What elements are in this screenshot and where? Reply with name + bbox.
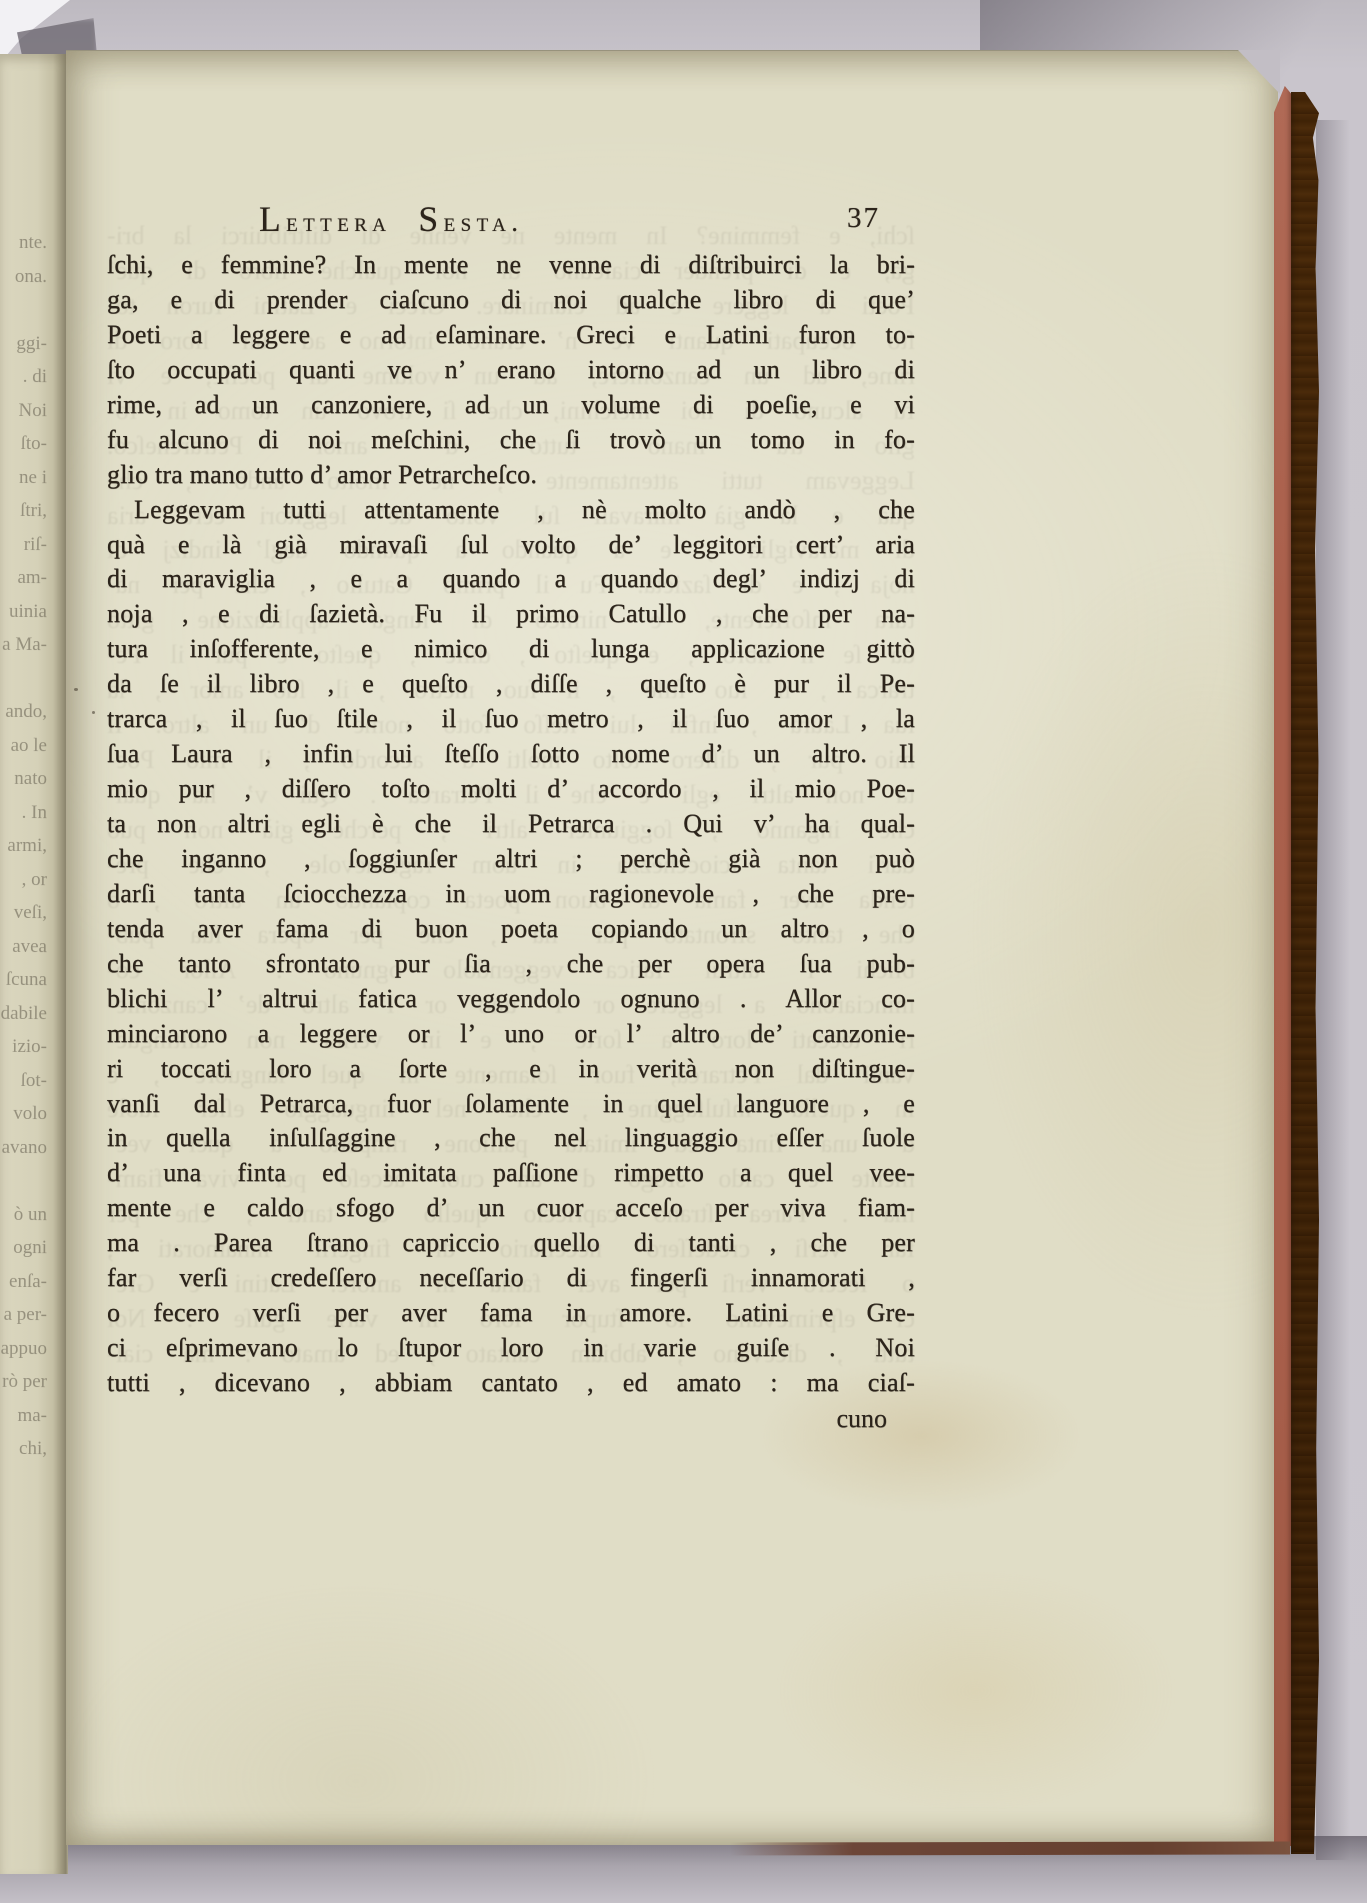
gutter-fragment-text: armi, — [0, 829, 52, 863]
gutter-fragment-text: enſa- — [0, 1264, 52, 1298]
gutter-fragment-text: veſi, — [0, 896, 52, 930]
gutter-fragment-text: ne i — [0, 460, 52, 494]
text-line: noja , e di ſazietà. Fu il primo Catullo… — [107, 597, 915, 632]
text-line: ri toccati loro a ſorte , e in verità no… — [107, 1052, 915, 1087]
gutter-fragment-text: avea — [0, 929, 52, 963]
gutter-fragment-text: appuo — [0, 1331, 52, 1365]
text-block: Lettera Sesta. 37 ſchi, e femmine? In me… — [107, 196, 915, 1436]
gutter-fragment-text: chi, — [0, 1432, 52, 1466]
text-line: che inganno , ſoggiunſer altri ; perchè … — [107, 842, 915, 877]
gutter-fragment-text: Noi — [0, 393, 52, 427]
text-line: d’ una finta ed imitata paſſione rimpett… — [107, 1156, 915, 1191]
book-right-shadow — [1316, 120, 1350, 1860]
bottom-page-edges — [730, 1842, 1290, 1856]
gutter-fragment-text: ò un — [0, 1197, 52, 1231]
gutter-fragment-text: izio- — [0, 1030, 52, 1064]
gutter-fragments: nte.ona.ggi-. diNoiſto-ne iſtri,riſ-am-u… — [0, 226, 52, 1466]
text-line: minciarono a leggere or l’ uno or l’ alt… — [107, 1017, 915, 1052]
text-line: mente e caldo sfogo d’ un cuor acceſo pe… — [107, 1191, 915, 1226]
gutter-fragment-text: uinia — [0, 594, 52, 628]
text-line: fu alcuno di noi meſchini, che ſi trovò … — [107, 423, 915, 458]
gutter-fragment-text: a per- — [0, 1298, 52, 1332]
text-line: far verſi credeſſero neceſſario di finge… — [107, 1261, 915, 1296]
text-line: ma . Parea ſtrano capriccio quello di ta… — [107, 1226, 915, 1261]
ink-speck — [74, 688, 78, 691]
gutter-fragment-text: ona. — [0, 259, 52, 293]
gutter-fragment-text: , or — [0, 862, 52, 896]
gutter-fragment-text: riſ- — [0, 527, 52, 561]
text-line: ci eſprimevano lo ſtupor loro in varie g… — [107, 1331, 915, 1366]
text-line: Poeti a leggere e ad eſaminare. Greci e … — [107, 318, 915, 353]
text-line: ſto occupati quanti ve n’ erano intorno … — [107, 353, 915, 388]
body-text: ſchi, e femmine? In mente ne venne di di… — [107, 248, 915, 1401]
text-line: da ſe il libro , e queſto , diſſe , queſ… — [107, 667, 915, 702]
header-word-lettera: Lettera — [259, 198, 391, 240]
text-line: o fecero verſi per aver fama in amore. L… — [107, 1296, 915, 1331]
gutter-fragment-text: . di — [0, 360, 52, 394]
fore-edge-red — [1274, 86, 1292, 1846]
gutter-fragment-text: am- — [0, 561, 52, 595]
text-line: di maraviglia , e a quando a quando degl… — [107, 562, 915, 597]
text-line: tenda aver fama di buon poeta copiando u… — [107, 912, 915, 947]
gutter-fragment-text: ao le — [0, 728, 52, 762]
catchword-row: cuno — [107, 1401, 915, 1436]
gutter-fragment-text — [0, 661, 52, 695]
gutter-fragment-text: ggi- — [0, 326, 52, 360]
gutter-fragment-text: . In — [0, 795, 52, 829]
gutter-fragment-text: avano — [0, 1130, 52, 1164]
gutter-fragment-text: ſtri, — [0, 494, 52, 528]
gutter-fragment-text: ſto- — [0, 427, 52, 461]
gutter-fragment-text — [0, 1164, 52, 1198]
text-line: blichi l’ altrui fatica veggendolo ognun… — [107, 982, 915, 1017]
book-cover-edge — [1291, 92, 1319, 1854]
book-page: ſchi, e femmine? In mente ne venne di di… — [66, 50, 1278, 1845]
gutter-fragment-text: ſot- — [0, 1063, 52, 1097]
gutter-fragment-text: ando, — [0, 695, 52, 729]
text-line: Leggevam tutti attentamente , nè molto a… — [107, 493, 915, 528]
text-line: che tanto sfrontato pur ſia , che per op… — [107, 947, 915, 982]
gutter-fragment-text: rò per — [0, 1365, 52, 1399]
text-line: in quella inſulſaggine , che nel linguag… — [107, 1121, 915, 1156]
running-header: Lettera Sesta. 37 — [107, 196, 915, 248]
text-line: ſchi, e femmine? In mente ne venne di di… — [107, 248, 915, 283]
catchword: cuno — [836, 1404, 887, 1433]
book-scan-photo: nte.ona.ggi-. diNoiſto-ne iſtri,riſ-am-u… — [0, 0, 1367, 1903]
ink-speck — [92, 711, 95, 714]
text-line: darſi tanta ſciocchezza in uom ragionevo… — [107, 877, 915, 912]
gutter-previous-page-edge: nte.ona.ggi-. diNoiſto-ne iſtri,riſ-am-u… — [0, 54, 68, 1874]
text-line: trarca , il ſuo ſtile , il ſuo metro , i… — [107, 702, 915, 737]
gutter-fragment-text: volo — [0, 1097, 52, 1131]
header-word-sesta: Sesta. — [418, 198, 523, 240]
text-line: tutti , dicevano , abbiam cantato , ed a… — [107, 1366, 915, 1401]
gutter-fragment-text: ogni — [0, 1231, 52, 1265]
text-line: mio pur , diſſero toſto molti d’ accordo… — [107, 772, 915, 807]
gutter-fragment-text: dabile — [0, 996, 52, 1030]
text-line: ſua Laura , infin lui ſteſſo ſotto nome … — [107, 737, 915, 772]
text-line: rime, ad un canzoniere, ad un volume di … — [107, 388, 915, 423]
gutter-fragment-text: nte. — [0, 226, 52, 260]
text-line: ga, e di prender ciaſcuno di noi qualche… — [107, 283, 915, 318]
gutter-fragment-text: nato — [0, 762, 52, 796]
page-title: Lettera Sesta. — [259, 198, 523, 240]
gutter-fragment-text: a Ma- — [0, 628, 52, 662]
gutter-fragment-text — [0, 293, 52, 327]
text-line: quà e là già miravaſi ſul volto de’ legg… — [107, 528, 915, 563]
text-line: glio tra mano tutto d’ amor Petrarcheſco… — [107, 458, 915, 493]
gutter-fragment-text: ſcuna — [0, 963, 52, 997]
page-number: 37 — [847, 202, 880, 235]
gutter-fragment-text: ma- — [0, 1398, 52, 1432]
text-line: tura inſofferente, e nimico di lunga app… — [107, 632, 915, 667]
text-line: ta non altri egli è che il Petrarca . Qu… — [107, 807, 915, 842]
text-line: vanſi dal Petrarca, fuor ſolamente in qu… — [107, 1087, 915, 1122]
